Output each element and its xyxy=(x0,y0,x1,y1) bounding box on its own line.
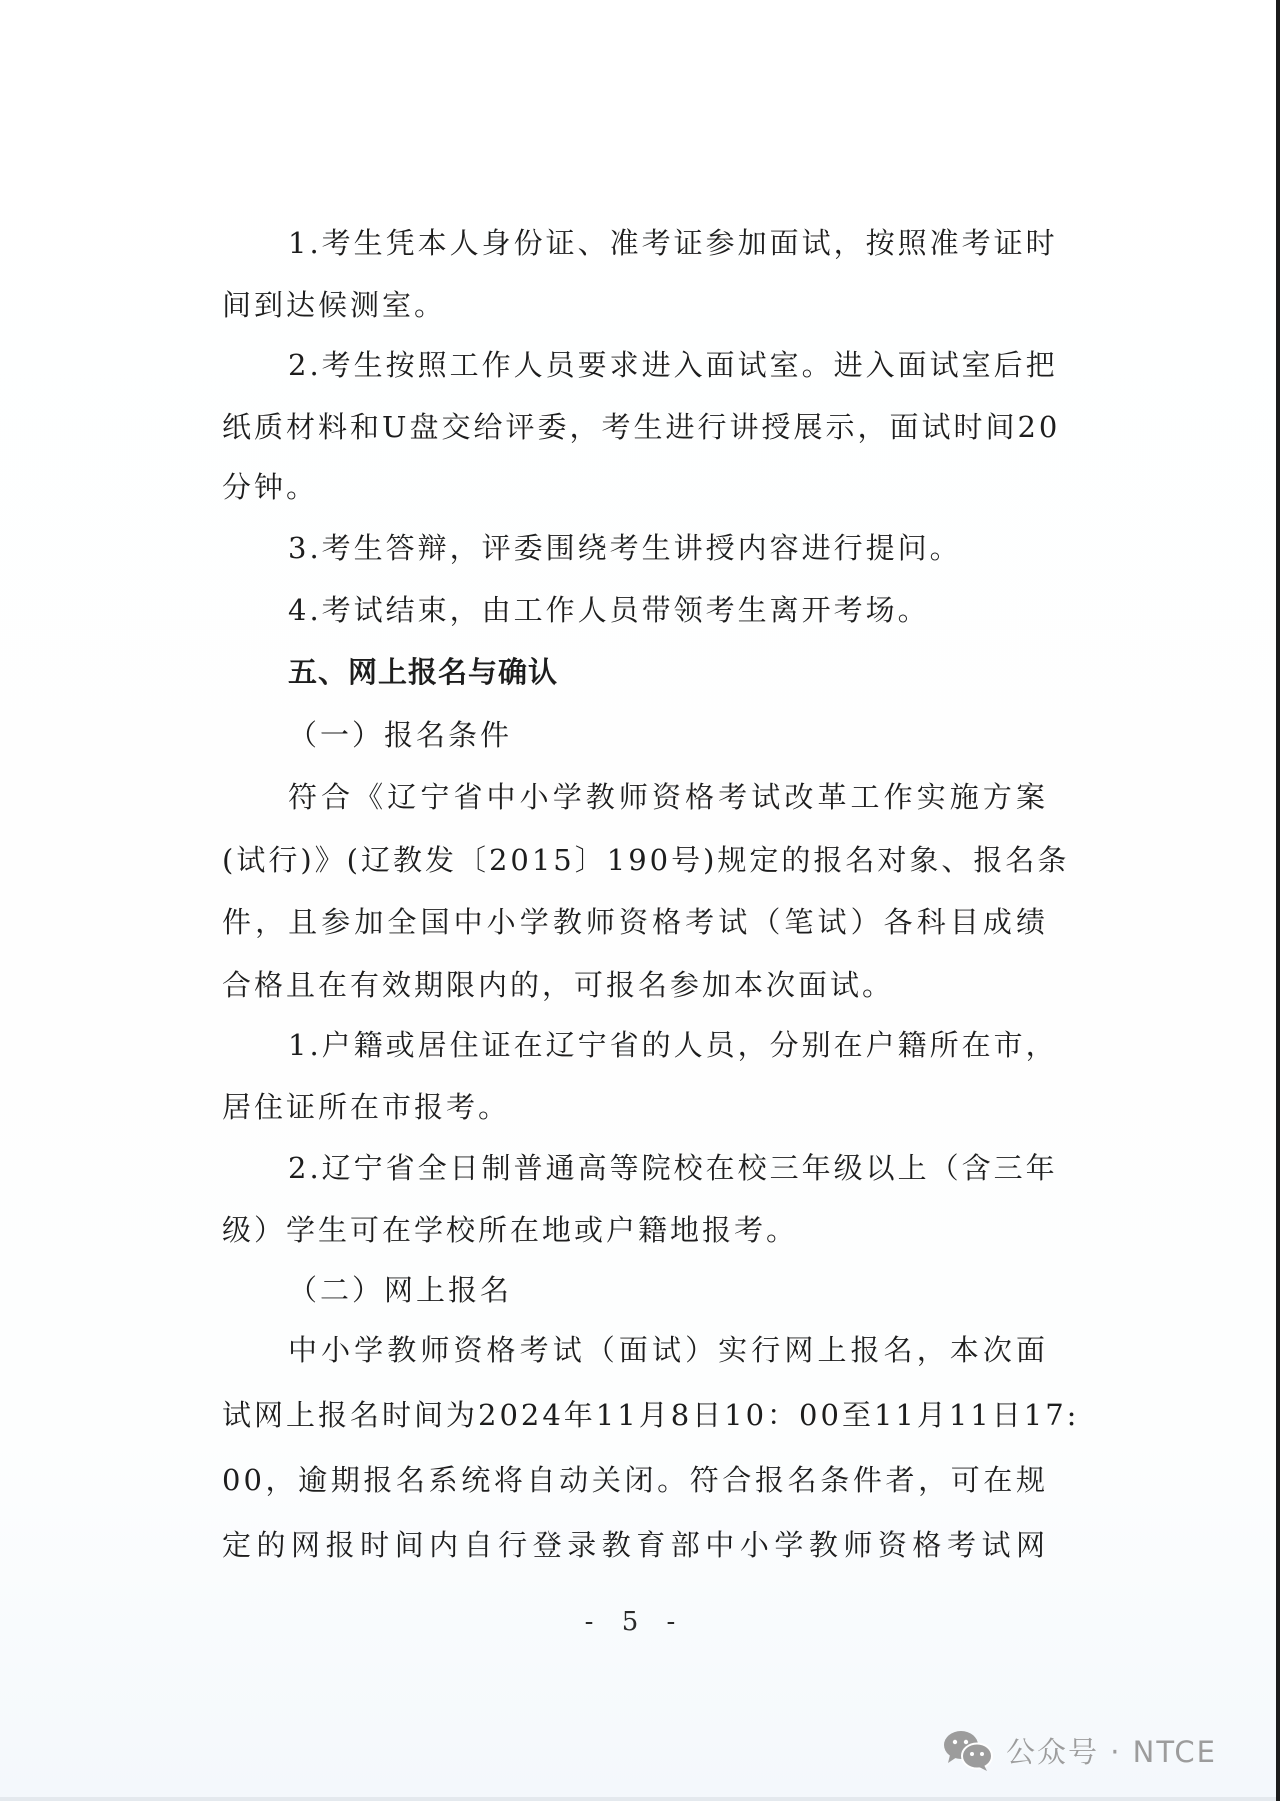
text-line: 中小学教师资格考试（面试）实行网上报名，本次面 xyxy=(288,1330,1048,1370)
text-line: 1.户籍或居住证在辽宁省的人员，分别在户籍所在市， xyxy=(288,1025,1048,1065)
text-line: 定的网报时间内自行登录教育部中小学教师资格考试网 xyxy=(222,1525,1048,1565)
section-heading: 五、网上报名与确认 xyxy=(288,652,1048,692)
text-line: 试网上报名时间为2024年11月8日10：00至11月11日17: xyxy=(222,1395,1048,1435)
document-page: 1.考生凭本人身份证、准考证参加面试，按照准考证时 间到达候测室。 2.考生按照… xyxy=(0,0,1276,1801)
scan-edge-shadow xyxy=(1276,0,1280,1801)
page-number: - 5 - xyxy=(580,1604,690,1640)
subsection-heading: （二）网上报名 xyxy=(288,1270,1048,1310)
text-line: 2.考生按照工作人员要求进入面试室。进入面试室后把 xyxy=(288,345,1048,385)
text-line: 件，且参加全国中小学教师资格考试（笔试）各科目成绩 xyxy=(222,902,1048,942)
text-line: 纸质材料和U盘交给评委，考生进行讲授展示，面试时间20 xyxy=(222,407,1048,447)
text-line: 居住证所在市报考。 xyxy=(222,1087,1048,1127)
text-line: 级）学生可在学校所在地或户籍地报考。 xyxy=(222,1210,1048,1250)
watermark: 公众号 · NTCE xyxy=(942,1726,1217,1774)
text-line: 间到达候测室。 xyxy=(222,285,1048,325)
text-line: 3.考生答辩，评委围绕考生讲授内容进行提问。 xyxy=(288,528,1048,568)
text-line: 1.考生凭本人身份证、准考证参加面试，按照准考证时 xyxy=(288,223,1048,263)
watermark-text: 公众号 · NTCE xyxy=(1006,1730,1217,1771)
text-line: 4.考试结束，由工作人员带领考生离开考场。 xyxy=(288,590,1048,630)
text-line: 合格且在有效期限内的，可报名参加本次面试。 xyxy=(222,965,1048,1005)
text-line: 00，逾期报名系统将自动关闭。符合报名条件者，可在规 xyxy=(222,1460,1048,1500)
text-line: (试行)》(辽教发〔2015〕190号)规定的报名对象、报名条 xyxy=(222,840,1048,880)
wechat-icon xyxy=(942,1729,994,1771)
text-line: 分钟。 xyxy=(222,467,1048,507)
text-line: 符合《辽宁省中小学教师资格考试改革工作实施方案 xyxy=(288,777,1048,817)
scan-edge-bottom xyxy=(0,1797,1276,1801)
text-line: 2.辽宁省全日制普通高等院校在校三年级以上（含三年 xyxy=(288,1148,1048,1188)
subsection-heading: （一）报名条件 xyxy=(288,715,1048,755)
